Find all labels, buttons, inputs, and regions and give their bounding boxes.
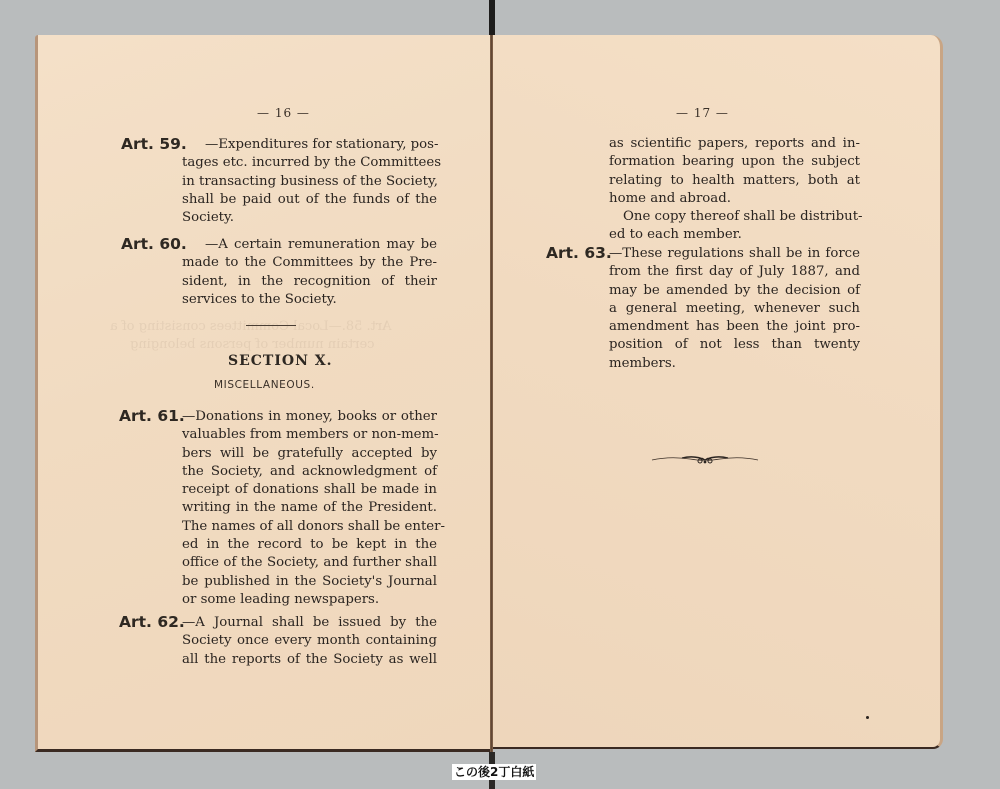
article-line: —These regulations shall be in force [609, 245, 860, 263]
article-line: ed in the record to be kept in the [182, 536, 437, 554]
article-59: Art. 59. —Expenditures for stationary, p… [121, 136, 437, 227]
article-line: tages etc. incurred by the Committees [182, 154, 437, 172]
article-60: Art. 60. —A certain remuneration may be … [121, 236, 437, 309]
article-label: Art. 60. [121, 235, 187, 253]
article-line: made to the Committees by the Pre- [182, 254, 437, 272]
article-line: from the first day of July 1887, and [609, 263, 860, 281]
article-label: Art. 62. [119, 613, 185, 631]
article-line: The names of all donors shall be enter- [182, 518, 437, 536]
article-63: Art. 63. —These regulations shall be in … [546, 245, 860, 373]
article-line: One copy thereof shall be distribut- [623, 208, 860, 226]
article-line: —A certain remuneration may be [205, 236, 437, 254]
article-line: formation bearing upon the subject [609, 153, 860, 171]
flourish-ornament-icon [650, 449, 760, 469]
article-line: amendment has been the joint pro- [609, 318, 860, 336]
bleed-through-text: certain number of persons belonging [130, 336, 374, 354]
article-line: may be amended by the decision of [609, 282, 860, 300]
paper-speck [866, 716, 869, 719]
article-line: relating to health matters, both at [609, 172, 860, 190]
image-caption: この後2丁白紙 [452, 764, 536, 780]
article-line: members. [609, 355, 860, 373]
article-line: all the reports of the Society as well [182, 651, 437, 669]
article-line: sident, in the recognition of their [182, 273, 437, 291]
article-62: Art. 62. —A Journal shall be issued by t… [119, 614, 437, 669]
spine-top [489, 0, 495, 36]
article-line: Society once every month containing [182, 632, 437, 650]
article-62-continuation: as scientific papers, reports and in- fo… [609, 135, 860, 245]
article-line: be published in the Society's Journal [182, 573, 437, 591]
article-line: office of the Society, and further shall [182, 554, 437, 572]
article-label: Art. 63. [546, 244, 612, 262]
article-line: shall be paid out of the funds of the [182, 191, 437, 209]
article-line: the Society, and acknowledgment of [182, 463, 437, 481]
bleed-through-text: Art. 58.—Local Committees consisting of … [110, 318, 391, 336]
article-line: a general meeting, whenever such [609, 300, 860, 318]
article-line: ed to each member. [609, 226, 860, 244]
article-line: as scientific papers, reports and in- [609, 135, 860, 153]
article-line: position of not less than twenty [609, 336, 860, 354]
article-label: Art. 59. [121, 135, 187, 153]
article-line: in transacting business of the Society, [182, 173, 437, 191]
page-number-right: — 17 — [676, 106, 729, 120]
article-line: —A Journal shall be issued by the [182, 614, 437, 632]
article-line: services to the Society. [182, 291, 437, 309]
article-line: writing in the name of the President. [182, 499, 437, 517]
article-line: Society. [182, 209, 437, 227]
section-title: SECTION X. [228, 353, 333, 369]
article-line: or some leading newspapers. [182, 591, 437, 609]
article-line: receipt of donations shall be made in [182, 481, 437, 499]
article-line: bers will be gratefully accepted by [182, 445, 437, 463]
section-divider [246, 325, 296, 326]
article-61: Art. 61. —Donations in money, books or o… [119, 408, 437, 609]
page-number-left: — 16 — [257, 106, 310, 120]
article-line: —Expenditures for stationary, pos- [205, 136, 437, 154]
article-line: valuables from members or non-mem- [182, 426, 437, 444]
article-label: Art. 61. [119, 407, 185, 425]
article-line: home and abroad. [609, 190, 860, 208]
section-subtitle: MISCELLANEOUS. [214, 379, 315, 391]
article-line: —Donations in money, books or other [182, 408, 437, 426]
